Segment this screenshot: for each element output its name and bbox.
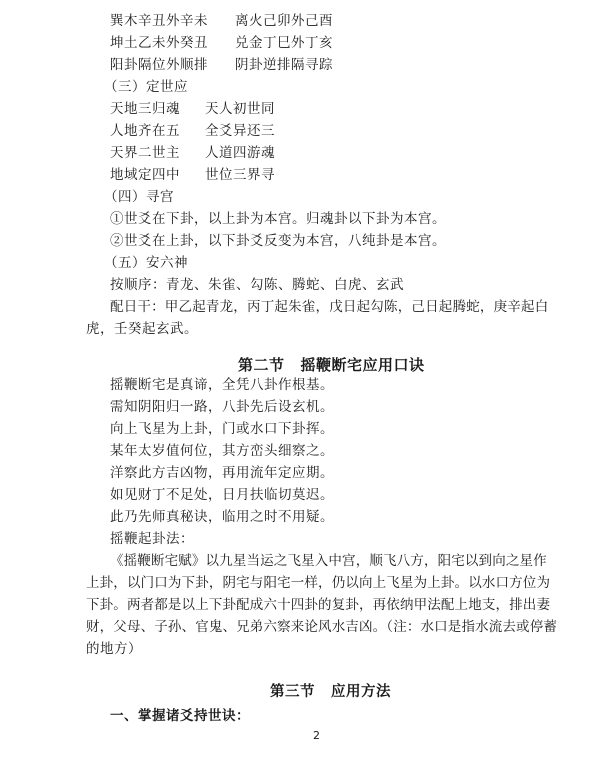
method-paragraph-line-2: 上卦，以门口为下卦，阴宅与阳宅一样，仍以向上飞星为上卦。以水口方位为 xyxy=(86,574,550,592)
verse-row-3-left: 天界二世主 xyxy=(110,145,180,161)
najia-row-2: 坤土乙未外癸丑 兑金丁巳外丁亥 xyxy=(110,34,208,52)
verse-row-3-right: 人道四游魂 xyxy=(205,144,275,162)
najia-row-2-right: 兑金丁巳外丁亥 xyxy=(235,34,333,52)
chapter-3-heading: 第三节应用方法 xyxy=(270,680,391,701)
verse-row-4-right: 世位三界寻 xyxy=(205,166,275,184)
method-paragraph-line-1: 《摇鞭断宅赋》以九星当运之飞星入中宫，顺飞八方，阳宅以到向之星作 xyxy=(110,552,547,570)
section-5-order: 按顺序：青龙、朱雀、勾陈、腾蛇、白虎、玄武 xyxy=(110,276,404,294)
chapter-2-heading: 第二节摇鞭断宅应用口诀 xyxy=(238,354,425,375)
verse-row-1-right: 天人初世同 xyxy=(205,100,275,118)
section-4-item-2: ②世爻在上卦，以下卦爻反变为本宫，八纯卦是本宫。 xyxy=(110,232,446,250)
chapter-3-item-1: 一、掌握诸爻持世诀： xyxy=(110,704,250,724)
section-3-title: （三）定世应 xyxy=(104,78,188,96)
verse-row-2: 人地齐在五 全爻异还三 xyxy=(110,122,180,140)
najia-row-3: 阳卦隔位外顺排 阴卦逆排隔寻踪 xyxy=(110,56,208,74)
verse-row-4: 地域定四中 世位三界寻 xyxy=(110,166,180,184)
najia-row-3-left: 阳卦隔位外顺排 xyxy=(110,57,208,73)
najia-row-1-left: 巽木辛丑外辛未 xyxy=(110,13,208,29)
verse-row-2-right: 全爻异还三 xyxy=(205,122,275,140)
najia-row-2-left: 坤土乙未外癸丑 xyxy=(110,35,208,51)
section-5-title: （五）安六神 xyxy=(104,254,188,272)
method-paragraph-line-3: 下卦。两者都是以上下卦配成六十四卦的复卦，再依纳甲法配上地支，排出妻 xyxy=(86,596,550,614)
poem-line-4: 某年太岁值何位，其方峦头细察之。 xyxy=(110,442,334,460)
verse-row-3: 天界二世主 人道四游魂 xyxy=(110,144,180,162)
chapter-2-title: 摇鞭断宅应用口诀 xyxy=(301,356,425,374)
section-4-title: （四）寻宫 xyxy=(104,188,174,206)
section-4-item-1: ①世爻在下卦，以上卦为本宫。归魂卦以下卦为本宫。 xyxy=(110,210,446,228)
poem-line-2: 需知阴阳归一路，八卦先后设玄机。 xyxy=(110,398,334,416)
method-title: 摇鞭起卦法： xyxy=(110,530,194,548)
najia-row-1-right: 离火己卯外己酉 xyxy=(235,12,333,30)
verse-row-4-left: 地域定四中 xyxy=(110,167,180,183)
verse-row-2-left: 人地齐在五 xyxy=(110,123,180,139)
najia-row-1: 巽木辛丑外辛未 离火己卯外己酉 xyxy=(110,12,208,30)
section-5-match-line-1: 配日干：甲乙起青龙，丙丁起朱雀，戊日起勾陈，己日起腾蛇，庚辛起白 xyxy=(110,298,548,316)
method-paragraph-line-5: 的地方） xyxy=(86,640,142,658)
chapter-2-label: 第二节 xyxy=(238,356,285,374)
document-page: 巽木辛丑外辛未 离火己卯外己酉 坤土乙未外癸丑 兑金丁巳外丁亥 阳卦隔位外顺排 … xyxy=(0,0,594,768)
section-5-match-line-2: 虎，壬癸起玄武。 xyxy=(86,320,198,338)
chapter-3-title: 应用方法 xyxy=(331,683,391,700)
poem-line-7: 此乃先师真秘诀，临用之时不用疑。 xyxy=(110,508,334,526)
poem-line-3: 向上飞星为上卦，门或水口下卦挥。 xyxy=(110,420,334,438)
poem-line-5: 洋察此方吉凶物，再用流年定应期。 xyxy=(110,464,334,482)
najia-row-3-right: 阴卦逆排隔寻踪 xyxy=(235,56,333,74)
verse-row-1-left: 天地三归魂 xyxy=(110,101,180,117)
method-paragraph-line-4: 财，父母、子孙、官鬼、兄弟六察来论风水吉凶。（注：水口是指水流去或停蓄 xyxy=(86,618,557,636)
poem-line-6: 如见财丁不足处，日月扶临切莫迟。 xyxy=(110,486,334,504)
poem-line-1: 摇鞭断宅是真谛，全凭八卦作根基。 xyxy=(110,376,334,394)
verse-row-1: 天地三归魂 天人初世同 xyxy=(110,100,180,118)
chapter-3-label: 第三节 xyxy=(270,683,315,700)
page-number: 2 xyxy=(313,729,320,742)
